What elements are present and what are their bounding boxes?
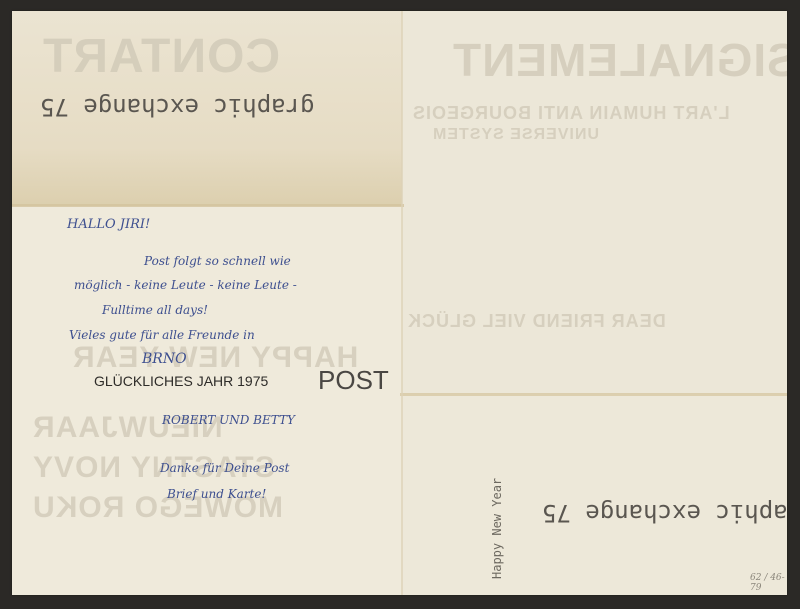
handwritten-line: möglich - keine Leute - keine Leute - xyxy=(74,278,297,292)
handwritten-line: Danke für Deine Post xyxy=(160,461,289,475)
show-through-heading: CONTART xyxy=(42,29,280,84)
signature-names: ROBERT UND BETTY xyxy=(162,413,295,427)
panel-bottom-right xyxy=(402,394,787,595)
handwritten-line: Fulltime all days! xyxy=(102,303,208,317)
show-through-text: HAPPY NEW YEAR xyxy=(72,341,358,375)
handwritten-line: Post folgt so schnell wie xyxy=(144,254,291,268)
show-through-heading: SIGNALEMENT xyxy=(452,33,787,87)
handwritten-line: Brief und Karte! xyxy=(167,487,266,501)
archive-mark: 62 / 46-79 xyxy=(750,573,787,593)
typed-greeting: GLÜCKLICHES JAHR 1975 xyxy=(94,373,268,389)
graphic-exchange-stamp: graphic exchange 75 xyxy=(542,499,787,527)
post-stamp: POST xyxy=(318,365,389,396)
fold-line xyxy=(401,11,403,595)
handwritten-line: Vieles gute für alle Freunde in xyxy=(69,328,255,342)
fold-line xyxy=(400,393,787,396)
show-through-text: DEAR FRIEND VIEL GLÜCK xyxy=(407,311,666,332)
handwritten-line: BRNO xyxy=(142,351,187,367)
folded-sheet: CONTART SIGNALEMENT L'ART HUMAIN ANTI BO… xyxy=(12,11,787,595)
show-through-text: L'ART HUMAIN ANTI BOURGEOIS xyxy=(412,103,730,124)
show-through-text: UNIVERSE SYSTEM xyxy=(432,126,599,144)
fold-line xyxy=(12,204,404,207)
graphic-exchange-stamp: graphic exchange 75 xyxy=(40,93,315,121)
handwritten-greeting: HALLO JIRI! xyxy=(67,217,150,232)
vertical-happy-new-year: Happy New Year xyxy=(490,478,504,579)
